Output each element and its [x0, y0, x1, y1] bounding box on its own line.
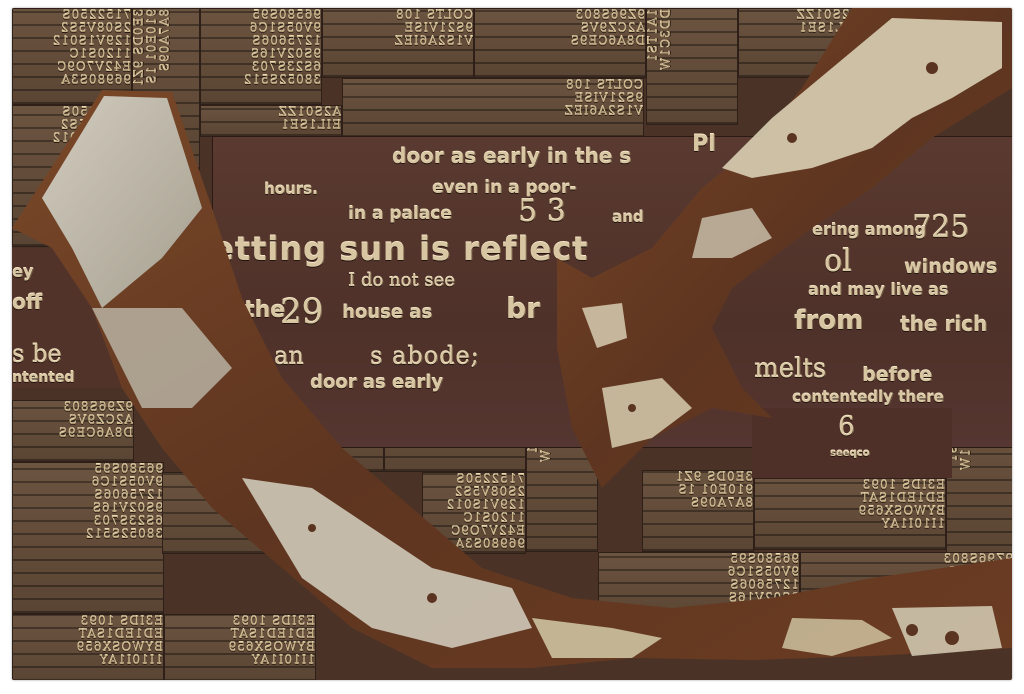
rusted-metal-strips: [12, 8, 1012, 680]
artwork-panel: 7152250S 2S08V5S2 129V1S012 1120S1C E42V…: [12, 8, 1012, 680]
